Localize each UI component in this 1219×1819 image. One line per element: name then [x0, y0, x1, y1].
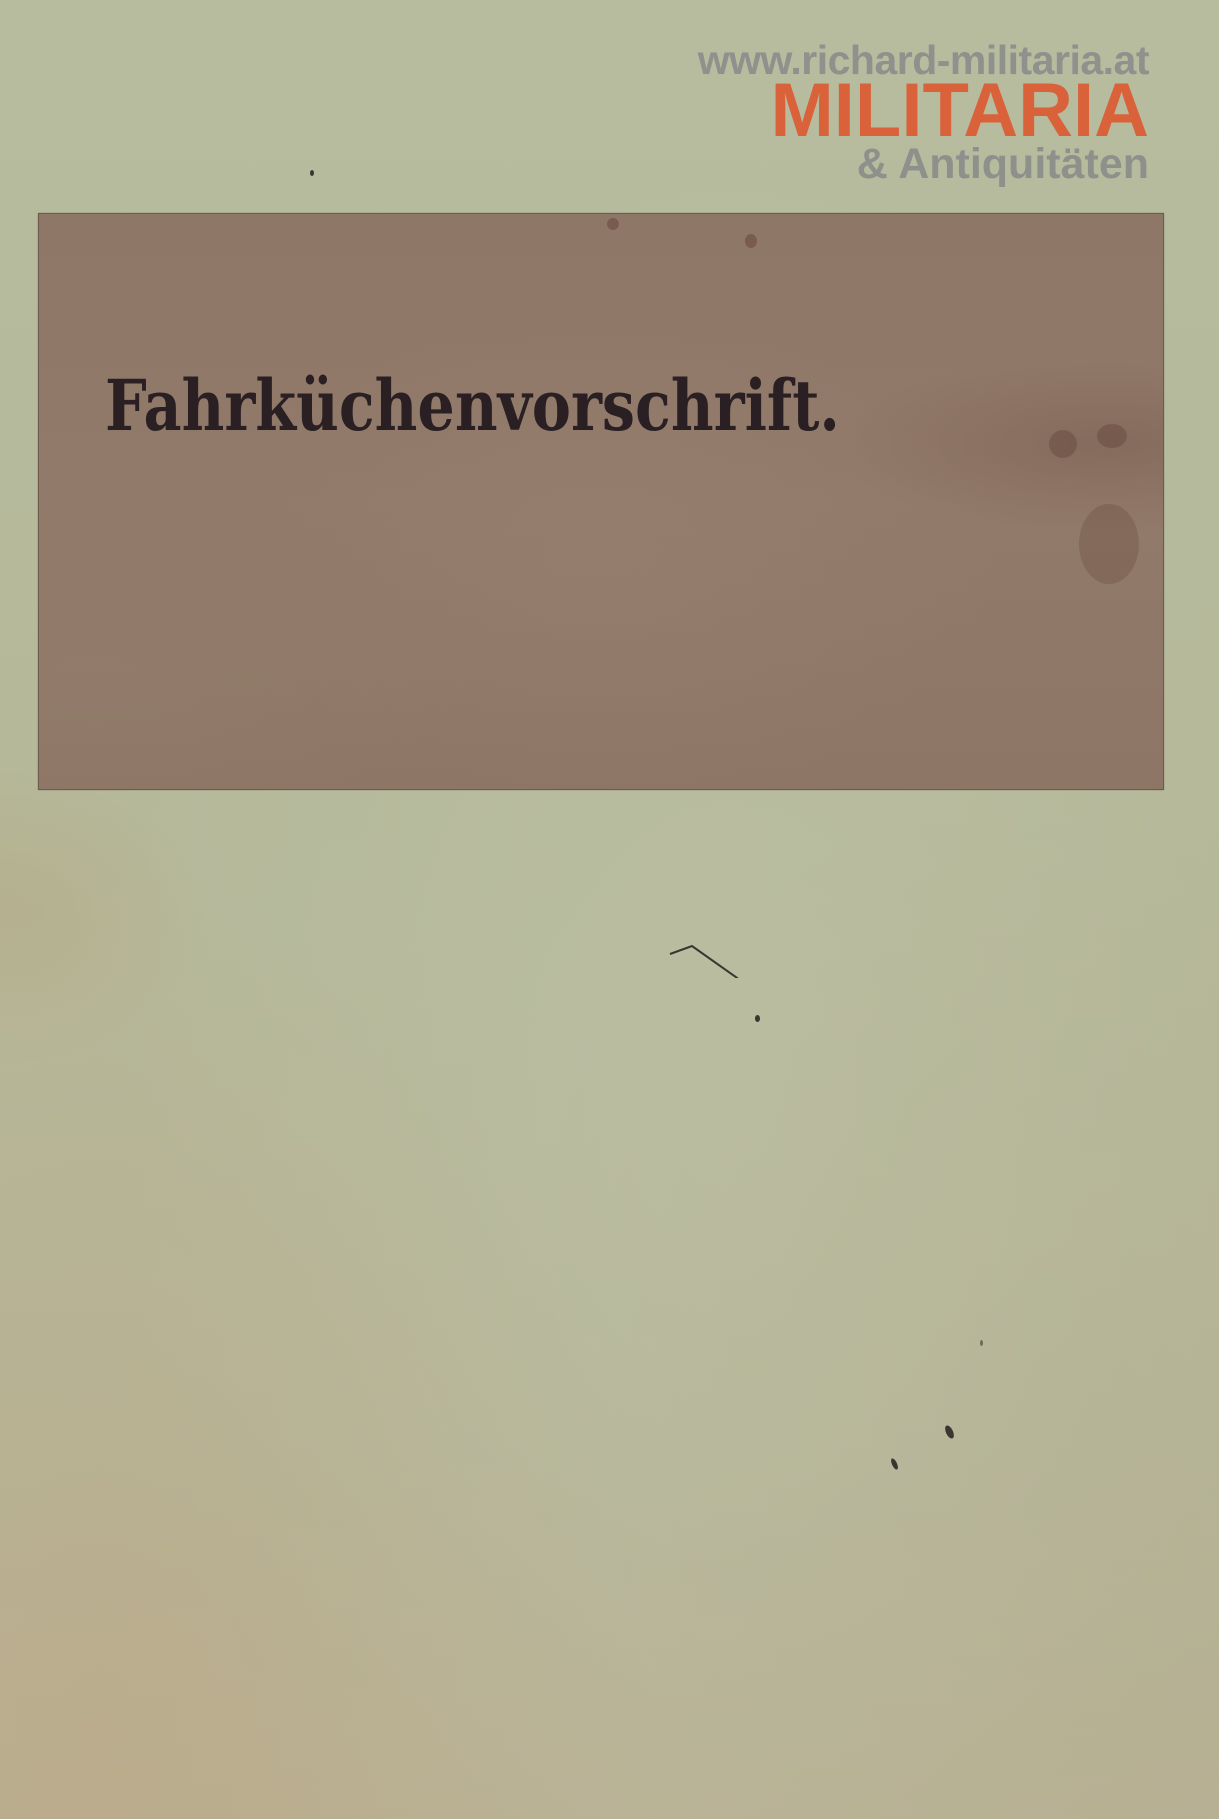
watermark: www.richard-militaria.at MILITARIA & Ant…: [698, 40, 1149, 186]
stain-spot: [1079, 504, 1139, 584]
stain-spot: [1097, 424, 1127, 448]
watermark-subtitle: & Antiquitäten: [698, 143, 1149, 186]
title-label: Fahrküchenvorschrift.: [38, 213, 1164, 790]
dirt-speck: [310, 170, 314, 176]
dirt-speck: [943, 1424, 955, 1440]
scratch-mark: [668, 938, 748, 978]
book-title: Fahrküchenvorschrift.: [105, 364, 840, 447]
stain-spot: [607, 218, 619, 230]
dirt-speck: [980, 1340, 983, 1346]
dirt-speck: [890, 1458, 900, 1471]
dirt-speck: [755, 1015, 760, 1022]
book-cover: www.richard-militaria.at MILITARIA & Ant…: [0, 0, 1219, 1819]
stain-spot: [1049, 430, 1077, 458]
stain-spot: [745, 234, 757, 248]
watermark-brand: MILITARIA: [698, 73, 1149, 149]
watermark-url: www.richard-militaria.at: [698, 40, 1149, 81]
